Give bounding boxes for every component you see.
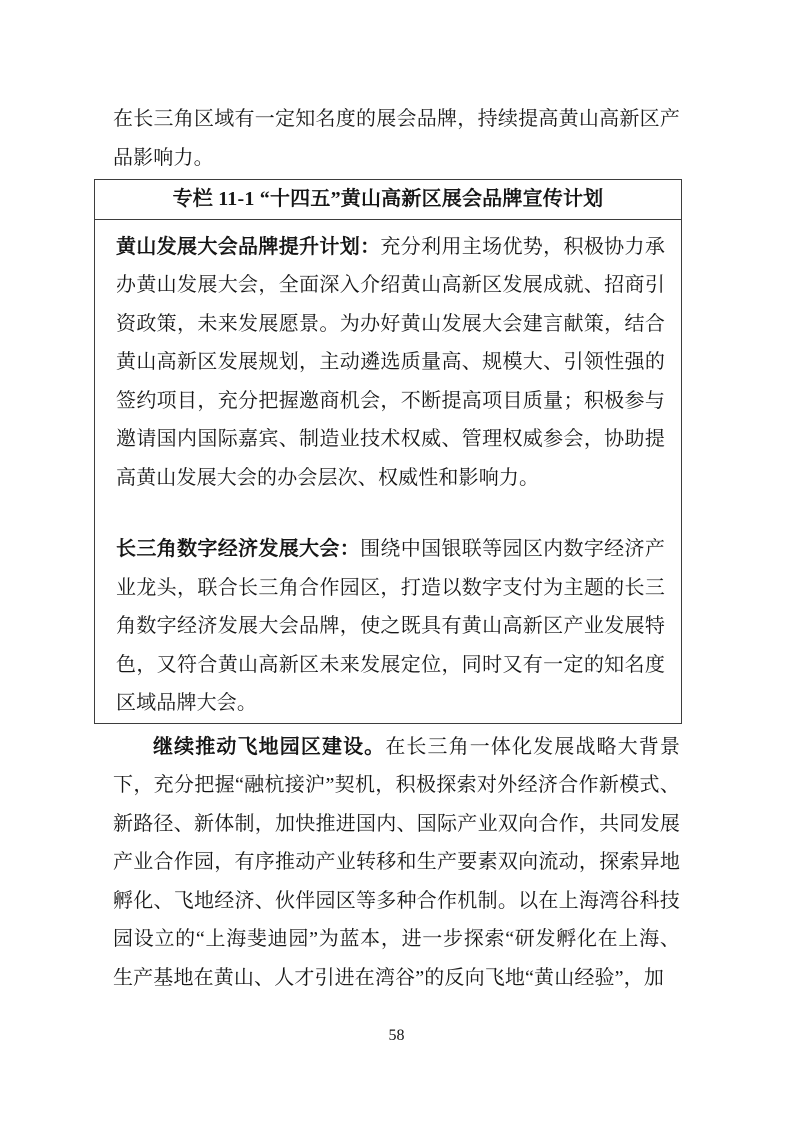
feature-box-paragraph: 长三角数字经济发展大会：围绕中国银联等园区内数字经济产业龙头，联合长三角合作园区… — [116, 530, 665, 723]
paragraph-lead: 继续推动飞地园区建设。 — [153, 736, 385, 758]
feature-box-body: 黄山发展大会品牌提升计划：充分利用主场优势，积极协力承办黄山发展大会，全面深入介… — [95, 220, 681, 723]
page-number: 58 — [0, 1026, 793, 1046]
feature-box: 专栏 11-1 “十四五”黄山高新区展会品牌宣传计划 黄山发展大会品牌提升计划：… — [94, 179, 682, 724]
document-page: 在长三角区域有一定知名度的展会品牌，持续提高黄山高新区产品影响力。 专栏 11-… — [0, 0, 793, 1122]
paragraph-text: 围绕中国银联等园区内数字经济产业龙头，联合长三角合作园区，打造以数字支付为主题的… — [116, 538, 665, 714]
paragraph-text: 充分利用主场优势，积极协力承办黄山发展大会，全面深入介绍黄山高新区发展成就、招商… — [116, 236, 665, 489]
feature-box-paragraph: 黄山发展大会品牌提升计划：充分利用主场优势，积极协力承办黄山发展大会，全面深入介… — [116, 228, 665, 498]
feature-box-title: 专栏 11-1 “十四五”黄山高新区展会品牌宣传计划 — [95, 180, 681, 220]
paragraph-lead: 长三角数字经济发展大会： — [116, 538, 360, 560]
paragraph-text: 在长三角一体化发展战略大背景下，充分把握“融杭接沪”契机，积极探索对外经济合作新… — [113, 736, 680, 989]
closing-paragraph: 继续推动飞地园区建设。在长三角一体化发展战略大背景下，充分把握“融杭接沪”契机，… — [113, 728, 680, 998]
intro-paragraph: 在长三角区域有一定知名度的展会品牌，持续提高黄山高新区产品影响力。 — [113, 100, 680, 177]
paragraph-lead: 黄山发展大会品牌提升计划： — [116, 236, 380, 258]
